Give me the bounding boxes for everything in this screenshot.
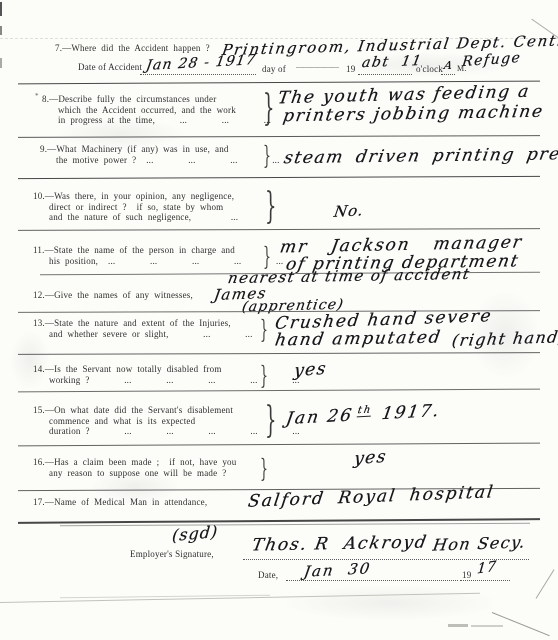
day-of-label: day of	[262, 64, 286, 74]
scan-edge-mark	[0, 26, 2, 35]
date-year-handwritten: 17	[476, 558, 497, 577]
question-12: 12.—Give the names of any witnesses,	[33, 290, 193, 301]
q12-number: 12.—	[33, 290, 54, 300]
q10-line: direct or indirect ? if so, state by who…	[49, 202, 238, 213]
q16-line: any reason to suppose one will be made ?	[49, 468, 236, 479]
q15-answer-superscript: th	[357, 404, 373, 417]
q7-answer-overflow: Refuge	[461, 50, 522, 70]
date-year-line	[460, 580, 510, 581]
q17-number: 17.—	[33, 497, 54, 507]
year-printed: 19	[346, 64, 355, 74]
q10-answer: No.	[333, 201, 366, 221]
q15-number: 15.—	[33, 405, 54, 415]
q8-answer: printers jobbing machine	[281, 102, 545, 127]
section-rule-echo	[60, 523, 530, 526]
scan-smudge	[280, 585, 500, 621]
q15-answer: Jan 26th 1917.	[285, 401, 442, 429]
meridiem-blank-line	[441, 74, 455, 75]
printer-mark	[448, 624, 468, 627]
q10-line: and the nature of such negligence, ...	[49, 212, 238, 223]
employer-signature-label: Employer's Signature,	[130, 549, 214, 559]
date-of-accident-label: Date of Accident	[78, 62, 142, 72]
accident-report-form: 7.—Where did the Accident happen ? Print…	[0, 0, 558, 640]
q9-line: What Machinery (if any) was in use, and	[56, 144, 228, 154]
q17-answer: Salford Royal hospital	[247, 482, 496, 512]
date-label: Date,	[258, 570, 278, 580]
date-of-accident-value: Jan 28 - 1917	[145, 52, 258, 74]
oclock-label: o'clock	[416, 64, 443, 74]
q11-line: State the name of the person in charge a…	[54, 245, 235, 255]
question-13: 13.—State the nature and extent of the I…	[33, 318, 253, 339]
q14-number: 14.—	[33, 364, 54, 374]
q8-marker: *	[35, 92, 39, 100]
q8-brace: }	[263, 91, 274, 127]
printer-mark	[471, 625, 503, 627]
q15-line: On what date did the Servant's disableme…	[54, 405, 233, 415]
section-rule	[18, 443, 540, 447]
section-rule	[18, 352, 540, 355]
question-11: 11.—State the name of the person in char…	[33, 245, 283, 266]
sgd-note: (sgd)	[171, 522, 219, 545]
signature-title: Hon Secy.	[432, 532, 528, 554]
date-year-printed: 19	[462, 570, 471, 580]
section-rule	[18, 228, 540, 231]
q14-line: Is the Servant now totally disabled from	[54, 364, 221, 374]
q16-answer: yes	[353, 447, 389, 470]
date-value: Jan 30	[303, 559, 373, 581]
q7-label: Where did the Accident happen ?	[71, 43, 209, 53]
q10-brace: }	[265, 189, 276, 225]
q10-line: Was there, in your opinion, any negligen…	[54, 191, 234, 201]
question-15: 15.—On what date did the Servant's disab…	[33, 405, 300, 437]
q14-answer: yes	[293, 359, 329, 382]
time-blank-line	[358, 74, 412, 75]
q13-answer: hand amputated	[273, 328, 443, 351]
q9-answer: steam driven printing presses	[282, 144, 558, 169]
q7-number: 7.—	[55, 43, 71, 53]
q15-line: commence and what is its expected	[49, 416, 300, 427]
q9-number: 9.—	[40, 144, 56, 154]
q8-line: which the Accident occurred, and the wor…	[58, 105, 271, 116]
q15-brace: }	[265, 403, 276, 439]
q14-brace: }	[260, 363, 268, 388]
q9-line: the motive power ? ... ... ... ...	[56, 155, 280, 166]
q13-line: State the nature and extent of the Injur…	[54, 318, 231, 328]
q15-line: duration ? ... ... ... ... ...	[49, 426, 300, 437]
q9-brace: }	[263, 143, 271, 168]
q16-number: 16.—	[33, 457, 54, 467]
q8-line: Describe fully the circumstances under	[58, 94, 216, 104]
q16-brace: }	[260, 456, 268, 481]
section-rule	[18, 176, 540, 180]
q8-line: in progress at the time, ... ... ...	[58, 115, 271, 126]
scan-edge-mark	[0, 2, 2, 16]
date-blank-line	[140, 74, 256, 75]
q17-line: Name of Medical Man in attendance,	[54, 497, 207, 507]
q16-line: Has a claim been made ; if not, have you	[54, 457, 236, 467]
question-10: 10.—Was there, in your opinion, any negl…	[33, 191, 238, 223]
question-7: 7.—Where did the Accident happen ?	[55, 43, 210, 54]
stray-check-stroke	[536, 569, 555, 598]
employer-signature-value: Thos. R Ackroyd	[250, 532, 429, 555]
question-17: 17.—Name of Medical Man in attendance,	[33, 497, 207, 508]
q10-number: 10.—	[33, 191, 54, 201]
q12-line: Give the names of any witnesses,	[54, 290, 193, 300]
scan-edge-mark	[0, 58, 2, 68]
q11-number: 11.—	[33, 245, 54, 255]
meridiem-label: M.	[457, 64, 467, 73]
q13-line: and whether severe or slight, ... ...	[49, 329, 253, 340]
q13-number: 13.—	[33, 318, 54, 328]
q13-brace: }	[260, 317, 268, 342]
question-9: 9.—What Machinery (if any) was in use, a…	[40, 144, 280, 165]
question-16: 16.—Has a claim been made ; if not, have…	[33, 457, 236, 478]
day-of-filler: ——————	[296, 62, 338, 71]
q11-brace: }	[263, 244, 271, 269]
section-rule	[18, 389, 540, 393]
q11-line: his position, ... ... ... ... ...	[49, 256, 283, 267]
q13-answer-note: (right hand)	[451, 327, 558, 350]
q8-number: 8.—	[42, 94, 58, 104]
time-value: abt 11	[361, 53, 424, 71]
question-8: 8.—Describe fully the circumstances unde…	[42, 94, 271, 126]
